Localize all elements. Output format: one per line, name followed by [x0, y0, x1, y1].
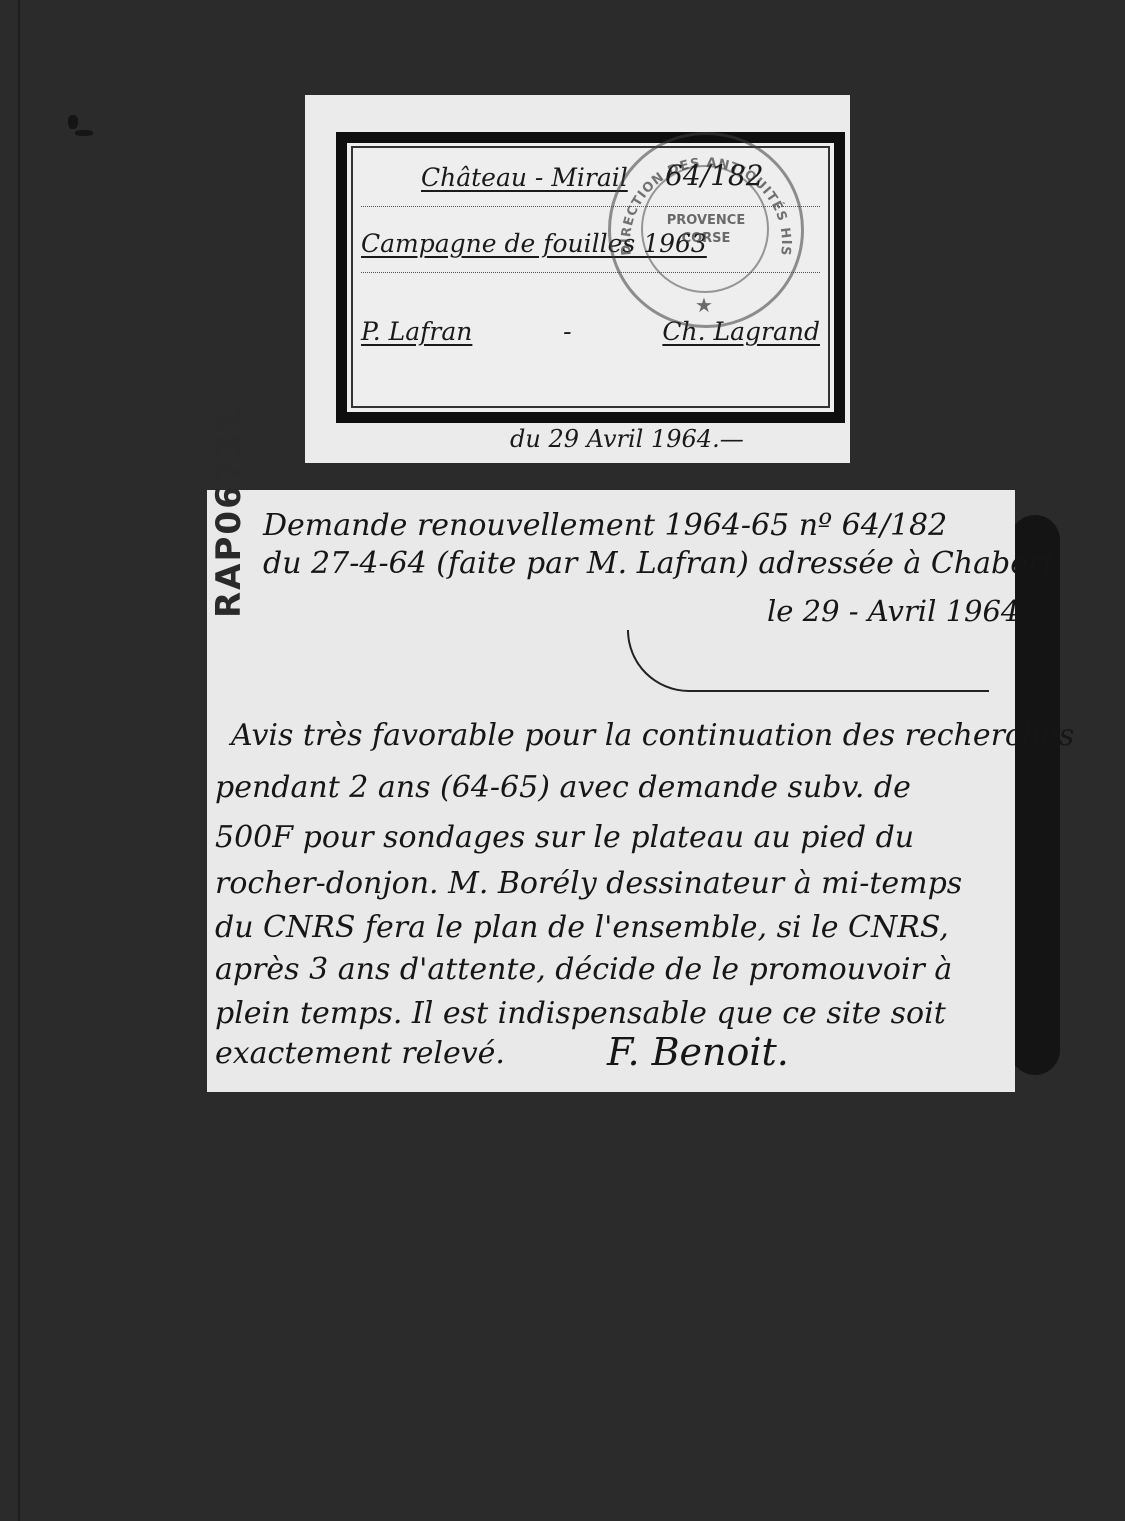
author-separator: -: [563, 308, 571, 360]
opinion-line-3: 500F pour sondages sur le plateau au pie…: [215, 820, 914, 855]
opinion-line-5: du CNRS fera le plan de l'ensemble, si l…: [215, 910, 949, 945]
label-card: Château - Mirail Campagne de fouilles 19…: [305, 95, 850, 463]
reference-number: 64/182: [665, 159, 764, 192]
request-line-3: le 29 - Avril 1964: [767, 594, 1019, 628]
opinion-line-8: exactement relevé.: [215, 1036, 505, 1071]
site-title: Château - Mirail: [421, 163, 628, 192]
ink-mark: [68, 115, 78, 129]
bracket-stroke: [627, 630, 989, 692]
folder-edge: [18, 0, 20, 1521]
star-icon: ★: [695, 293, 713, 317]
signature: F. Benoit.: [607, 1030, 789, 1074]
author-left: P. Lafran: [361, 308, 472, 360]
archive-reference-code: RAP06731: [209, 406, 249, 618]
opinion-line-1: Avis très favorable pour la continuation…: [231, 718, 1074, 753]
stamp-region-1: PROVENCE: [611, 213, 801, 228]
opinion-line-4: rocher-donjon. M. Borély dessinateur à m…: [215, 866, 962, 901]
request-line-1: Demande renouvellement 1964-65 nº 64/182: [263, 508, 947, 543]
request-line-2: du 27-4-64 (faite par M. Lafran) adressé…: [263, 546, 1054, 581]
stamp-region-2: CORSE: [611, 231, 801, 246]
opinion-line-7: plein temps. Il est indispensable que ce…: [215, 996, 946, 1031]
opinion-line-2: pendant 2 ans (64-65) avec demande subv.…: [215, 770, 911, 805]
ink-mark: [75, 130, 93, 136]
opinion-line-6: après 3 ans d'attente, décide de le prom…: [215, 952, 952, 987]
label-date: du 29 Avril 1964.—: [510, 425, 744, 453]
note-card: RAP06731 Demande renouvellement 1964-65 …: [207, 490, 1015, 1092]
